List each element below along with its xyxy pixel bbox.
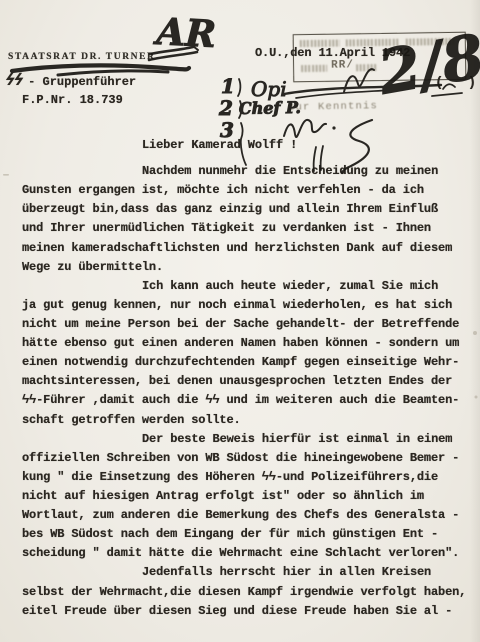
body-line: nicht um meine Person bei der Sache geha… — [22, 315, 472, 334]
body-line: Wortlaut, zum anderen die Bemerkung des … — [22, 506, 472, 525]
body-line: selbst der Wehrmacht,die diesen Kampf ir… — [22, 583, 472, 602]
routing-bracket — [238, 79, 240, 96]
initials-underline — [149, 52, 197, 60]
initials-underline — [150, 47, 193, 54]
stamp-fragment: RR/ — [331, 59, 354, 71]
routing-bracket — [239, 101, 241, 118]
parenthetical-note: ( ) — [435, 75, 480, 91]
body-line: einen notwendig durchzufechtenden Kampf … — [22, 353, 472, 372]
sender-rank: ϟϟ- Gruppenführer — [5, 70, 136, 89]
body-line: ja gut genug kennen, nur noch einmal wie… — [22, 296, 472, 315]
body-line: Gunsten ergangen ist, möchte ich nicht v… — [22, 181, 472, 200]
scribble-word: Opi — [251, 77, 287, 101]
body-line: machtsinteressen, bei denen unausgesproc… — [22, 372, 472, 391]
body-line: Jedenfalls herrscht hier in allen Kreise… — [22, 563, 472, 582]
stamp-text-illegible — [356, 64, 376, 71]
body-line: eitel Freude über diesen Sieg und diese … — [22, 602, 472, 621]
body-line: kung " die Einsetzung des Höheren ϟϟ-und… — [22, 468, 472, 487]
body-line: scheidung " damit hätte die Wehrmacht ei… — [22, 544, 472, 563]
document-page: STAATSRAT DR. TURNER ϟϟ- Gruppenführer F… — [0, 0, 480, 642]
sender-fieldpost: F.P.Nr. 18.739 — [22, 93, 123, 107]
body-line: überzeugt bin,dass das ganz einzig und a… — [22, 200, 472, 219]
body-line: offiziellen Schreiben von WB Südost die … — [22, 449, 472, 468]
body-text: Lieber Kamerad Wolff !Nachdem nunmehr di… — [22, 136, 472, 621]
routing-number-2: 2 — [218, 96, 233, 120]
body-line: Nachdem nunmehr die Entscheidung zu mein… — [22, 162, 472, 181]
body-line: bes WB Südost nach dem Eingang der für m… — [22, 525, 472, 544]
strike-line — [284, 85, 441, 94]
date-line: O.U.,den 11.April 1942 — [255, 46, 410, 60]
body-line: Der beste Beweis hierfür ist einmal in e… — [22, 430, 472, 449]
stamp-text-illegible — [406, 38, 454, 46]
arrow-tip — [189, 43, 198, 50]
body-line: Ich kann auch heute wieder, zumal Sie mi… — [22, 277, 472, 296]
sender-name: STAATSRAT DR. TURNER — [8, 52, 156, 62]
initials-ar: AR — [153, 9, 218, 56]
body-line: schaft getroffen werden sollte. — [22, 411, 472, 430]
body-line: Lieber Kamerad Wolff ! — [22, 136, 472, 155]
body-line: nicht auf hiesigen Antrag erfolgt ist" o… — [22, 487, 472, 506]
body-line: hätte ebenso gut einen anderen Namen hab… — [22, 334, 472, 353]
routing-number-1: 1 — [221, 74, 235, 98]
strike-line — [432, 93, 462, 96]
paraph-dot — [332, 126, 335, 129]
stamp-text-illegible — [301, 65, 327, 72]
ss-runes-icon: ϟϟ — [3, 70, 23, 89]
body-line: meinen kameradschaftlichsten und herzlic… — [22, 239, 472, 258]
body-line: Wege zu übermitteln. — [22, 258, 472, 277]
paraph-scribble — [284, 120, 326, 137]
sender-rank-label: - Gruppenführer — [28, 75, 136, 89]
body-line: und Ihrer unermüdlichen Tätigkeit zu ver… — [22, 219, 472, 238]
strike-line — [296, 90, 392, 98]
body-line: ϟϟ-Führer ,damit auch die ϟϟ und im weit… — [22, 391, 472, 410]
kenntnis-stamp: zur Kenntnis — [288, 100, 378, 114]
